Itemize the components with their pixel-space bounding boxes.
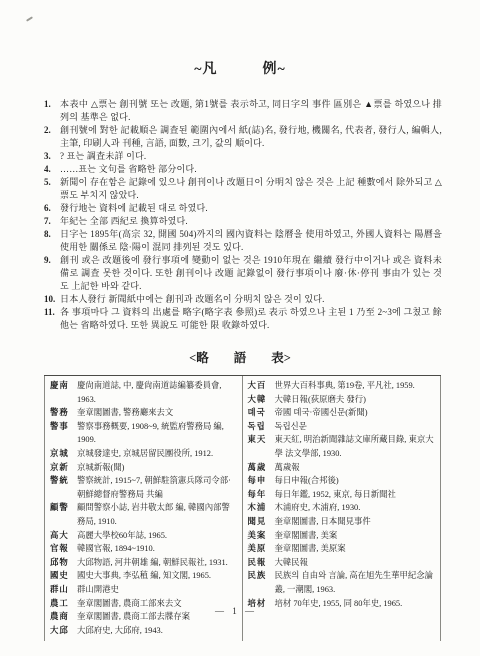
abbr-source: 奎章閣圖書, 警務廳來去文 bbox=[77, 406, 239, 420]
abbr-row: 聞見奎章閣圖書, 日本聞見事件 bbox=[248, 515, 438, 529]
note-text: 發行地는 資料에 記載된 대로 하였다. bbox=[60, 202, 442, 215]
abbr-source: 警察統計, 1915~7, 朝鮮駐箚憲兵隊司令部·朝鮮總督府警務局 共編 bbox=[77, 474, 239, 501]
abbreviation-table: 慶南慶尙南道誌, 中, 慶尙南道誌編纂委員會, 1963.警務奎章閣圖書, 警務… bbox=[44, 375, 441, 641]
abbr-row: 高大高麗大學校60年誌, 1965. bbox=[50, 529, 239, 543]
abbr-source: 每日申報(合邦後) bbox=[275, 474, 438, 488]
abbr-source: 大韓日報(荻原磨夫 發行) bbox=[275, 393, 438, 407]
abbr-source: 大韓民報 bbox=[275, 556, 438, 570]
note-number: 1. bbox=[44, 98, 60, 124]
abbr-source: 警察事務概要, 1908~9, 統監府警務局 編, 1909. bbox=[77, 420, 239, 447]
abbr-code: 每申 bbox=[248, 474, 275, 488]
notes-list: 1.本表中 △票는 創刊號 또는 改題, 第1號를 表示하고, 同日字의 事件 … bbox=[44, 98, 442, 332]
note-text: 新聞이 存在함은 記錄에 있으나 創刊이나 改題日이 分明치 않은 것은 上記 … bbox=[60, 176, 442, 202]
abbr-row: 美原奎章閣圖書, 美原案 bbox=[248, 542, 438, 556]
abbr-source: 大邱府史, 大邱府, 1943. bbox=[77, 624, 239, 638]
note-item: 8.日字는 1895年(高宗 32, 開國 504)까지의 國內資料는 陰曆을 … bbox=[44, 228, 442, 254]
abbr-row: 每年每日年鑑, 1952, 東京, 每日新聞社 bbox=[248, 488, 438, 502]
abbr-code: 民族 bbox=[248, 569, 275, 596]
abbr-code: 國史 bbox=[50, 569, 77, 583]
abbr-source: 奎章閣圖書, 美案 bbox=[275, 529, 438, 543]
note-item: 6.發行地는 資料에 記載된 대로 하였다. bbox=[44, 202, 442, 215]
abbr-code: 萬歲 bbox=[248, 461, 275, 475]
abbr-source: 京城發達史, 京城居留民團役所, 1912. bbox=[77, 447, 239, 461]
note-item: 3.? 표는 調査未詳 이다. bbox=[44, 150, 442, 163]
abbr-row: 警事警察事務概要, 1908~9, 統監府警務局 編, 1909. bbox=[50, 420, 239, 447]
note-number: 3. bbox=[44, 150, 60, 163]
abbr-row: 國史國史大事典, 李弘稙 編, 知文閣, 1965. bbox=[50, 569, 239, 583]
abbr-source: 東天紅, 明治新聞雜誌文庫所藏目錄, 東京大學 法文學部, 1930. bbox=[275, 433, 438, 460]
abbr-row: 美案奎章閣圖書, 美案 bbox=[248, 529, 438, 543]
abbr-row: 독립독립신문 bbox=[248, 420, 438, 434]
abbr-source: 奎章閣圖書, 美原案 bbox=[275, 542, 438, 556]
abbr-row: 木浦木浦府史, 木浦府, 1930. bbox=[248, 501, 438, 515]
abbr-col-left: 慶南慶尙南道誌, 中, 慶尙南道誌編纂委員會, 1963.警務奎章閣圖書, 警務… bbox=[44, 376, 243, 641]
abbr-row: 京城京城發達史, 京城居留民團役所, 1912. bbox=[50, 447, 239, 461]
abbr-code: 每年 bbox=[248, 488, 275, 502]
note-item: 7.年紀는 全部 西紀로 換算하였다. bbox=[44, 215, 442, 228]
abbr-row: 群山群山開港史 bbox=[50, 583, 239, 597]
abbr-code: 大韓 bbox=[248, 393, 275, 407]
abbr-source: 顧問警察小誌, 岩井敬太郎 編, 韓國內部警務局, 1910. bbox=[77, 501, 239, 528]
abbr-code: 뎨국 bbox=[248, 406, 275, 420]
abbr-row: 大韓大韓日報(荻原磨夫 發行) bbox=[248, 393, 438, 407]
abbr-code: 顧警 bbox=[50, 501, 77, 528]
abbr-row: 뎨국帝國 뎨국·帝國신문(新聞) bbox=[248, 406, 438, 420]
abbr-source: 民族의 自由와 言論, 高在旭先生華甲紀念論叢, 一潮閣, 1963. bbox=[275, 569, 438, 596]
abbr-source: 每日年鑑, 1952, 東京, 每日新聞社 bbox=[275, 488, 438, 502]
note-text: 日字는 1895年(高宗 32, 開國 504)까지의 國內資料는 陰曆을 使用… bbox=[60, 228, 442, 254]
note-text: 創刊 或은 改題後에 發行事項에 變動이 없는 것은 1910年現在 繼續 發行… bbox=[60, 254, 442, 293]
abbr-code: 慶南 bbox=[50, 379, 77, 406]
abbr-code: 京新 bbox=[50, 461, 77, 475]
note-text: 日本人發行 新聞紙中에는 創刊과 改題名이 分明치 않은 것이 있다. bbox=[60, 293, 442, 306]
document-page: ~凡 例~ 1.本表中 △票는 創刊號 또는 改題, 第1號를 表示하고, 同日… bbox=[0, 0, 480, 656]
note-number: 9. bbox=[44, 254, 60, 293]
abbr-code: 木浦 bbox=[248, 501, 275, 515]
note-text: 年紀는 全部 西紀로 換算하였다. bbox=[60, 215, 442, 228]
abbr-code: 民報 bbox=[248, 556, 275, 570]
abbr-row: 大百世界大百科事典, 第19卷, 平凡社, 1959. bbox=[248, 379, 438, 393]
note-number: 4. bbox=[44, 163, 60, 176]
abbr-source: 大邱物語, 河井朝雄 編, 朝鮮民報社, 1931. bbox=[77, 556, 239, 570]
abbr-source: 木浦府史, 木浦府, 1930. bbox=[275, 501, 438, 515]
abbr-code: 群山 bbox=[50, 583, 77, 597]
abbr-code: 독립 bbox=[248, 420, 275, 434]
abbr-row: 民報大韓民報 bbox=[248, 556, 438, 570]
abbr-row: 慶南慶尙南道誌, 中, 慶尙南道誌編纂委員會, 1963. bbox=[50, 379, 239, 406]
page-number: — 1 — bbox=[0, 606, 472, 616]
note-text: 各 事項마다 그 資料의 出處를 略字(略字表 參照)로 表示 하였으나 主된 … bbox=[60, 306, 442, 332]
abbr-code: 東天 bbox=[248, 433, 275, 460]
note-text: 創刊號에 對한 記載順은 調査된 範圍內에서 紙(誌)名, 發行地, 機關名, … bbox=[60, 124, 442, 150]
abbr-code: 京城 bbox=[50, 447, 77, 461]
abbr-row: 大邱大邱府史, 大邱府, 1943. bbox=[50, 624, 239, 638]
abbr-code: 大百 bbox=[248, 379, 275, 393]
note-number: 2. bbox=[44, 124, 60, 150]
abbr-code: 美案 bbox=[248, 529, 275, 543]
abbr-source: 帝國 뎨국·帝國신문(新聞) bbox=[275, 406, 438, 420]
page-title: ~凡 例~ bbox=[0, 58, 480, 78]
abbr-row: 警務奎章閣圖書, 警務廳來去文 bbox=[50, 406, 239, 420]
abbr-code: 警事 bbox=[50, 420, 77, 447]
note-item: 10.日本人發行 新聞紙中에는 創刊과 改題名이 分明치 않은 것이 있다. bbox=[44, 293, 442, 306]
note-item: 5.新聞이 存在함은 記錄에 있으나 創刊이나 改題日이 分明치 않은 것은 上… bbox=[44, 176, 442, 202]
note-number: 8. bbox=[44, 228, 60, 254]
note-text: 本表中 △票는 創刊號 또는 改題, 第1號를 表示하고, 同日字의 事件 區別… bbox=[60, 98, 442, 124]
abbr-source: 萬歲報 bbox=[275, 461, 438, 475]
abbr-row: 京新京城新報(聞) bbox=[50, 461, 239, 475]
abbreviation-table-title: <略 語 表> bbox=[0, 348, 480, 366]
abbr-source: 京城新報(聞) bbox=[77, 461, 239, 475]
abbr-code: 警統 bbox=[50, 474, 77, 501]
abbr-code: 官報 bbox=[50, 542, 77, 556]
note-text: ……표는 文句를 省略한 部分이다. bbox=[60, 163, 442, 176]
note-item: 11.各 事項마다 그 資料의 出處를 略字(略字表 參照)로 表示 하였으나 … bbox=[44, 306, 442, 332]
abbr-source: 독립신문 bbox=[275, 420, 438, 434]
note-number: 7. bbox=[44, 215, 60, 228]
note-item: 9.創刊 或은 改題後에 發行事項에 變動이 없는 것은 1910年現在 繼續 … bbox=[44, 254, 442, 293]
abbr-code: 高大 bbox=[50, 529, 77, 543]
abbr-code: 美原 bbox=[248, 542, 275, 556]
abbr-code: 大邱 bbox=[50, 624, 77, 638]
note-number: 5. bbox=[44, 176, 60, 202]
abbr-row: 萬歲萬歲報 bbox=[248, 461, 438, 475]
abbr-row: 官報韓國官報, 1894~1910. bbox=[50, 542, 239, 556]
note-number: 11. bbox=[44, 306, 60, 332]
abbr-row: 東天東天紅, 明治新聞雜誌文庫所藏目錄, 東京大學 法文學部, 1930. bbox=[248, 433, 438, 460]
note-item: 4.……표는 文句를 省略한 部分이다. bbox=[44, 163, 442, 176]
abbr-code: 聞見 bbox=[248, 515, 275, 529]
abbr-source: 國史大事典, 李弘稙 編, 知文閣, 1965. bbox=[77, 569, 239, 583]
abbr-code: 邱物 bbox=[50, 556, 77, 570]
abbr-source: 奎章閣圖書, 日本聞見事件 bbox=[275, 515, 438, 529]
note-item: 2.創刊號에 對한 記載順은 調査된 範圍內에서 紙(誌)名, 發行地, 機關名… bbox=[44, 124, 442, 150]
scan-artifact bbox=[26, 16, 33, 21]
abbr-row: 民族民族의 自由와 言論, 高在旭先生華甲紀念論叢, 一潮閣, 1963. bbox=[248, 569, 438, 596]
abbr-source: 韓國官報, 1894~1910. bbox=[77, 542, 239, 556]
abbr-row: 警統警察統計, 1915~7, 朝鮮駐箚憲兵隊司令部·朝鮮總督府警務局 共編 bbox=[50, 474, 239, 501]
note-number: 10. bbox=[44, 293, 60, 306]
abbr-source: 慶尙南道誌, 中, 慶尙南道誌編纂委員會, 1963. bbox=[77, 379, 239, 406]
abbr-row: 顧警顧問警察小誌, 岩井敬太郎 編, 韓國內部警務局, 1910. bbox=[50, 501, 239, 528]
abbr-col-right: 大百世界大百科事典, 第19卷, 平凡社, 1959.大韓大韓日報(荻原磨夫 發… bbox=[243, 376, 442, 641]
abbr-row: 每申每日申報(合邦後) bbox=[248, 474, 438, 488]
abbr-source: 世界大百科事典, 第19卷, 平凡社, 1959. bbox=[275, 379, 438, 393]
abbr-code: 警務 bbox=[50, 406, 77, 420]
note-number: 6. bbox=[44, 202, 60, 215]
abbr-source: 群山開港史 bbox=[77, 583, 239, 597]
abbr-row: 邱物大邱物語, 河井朝雄 編, 朝鮮民報社, 1931. bbox=[50, 556, 239, 570]
abbr-source: 高麗大學校60年誌, 1965. bbox=[77, 529, 239, 543]
note-text: ? 표는 調査未詳 이다. bbox=[60, 150, 442, 163]
note-item: 1.本表中 △票는 創刊號 또는 改題, 第1號를 表示하고, 同日字의 事件 … bbox=[44, 98, 442, 124]
